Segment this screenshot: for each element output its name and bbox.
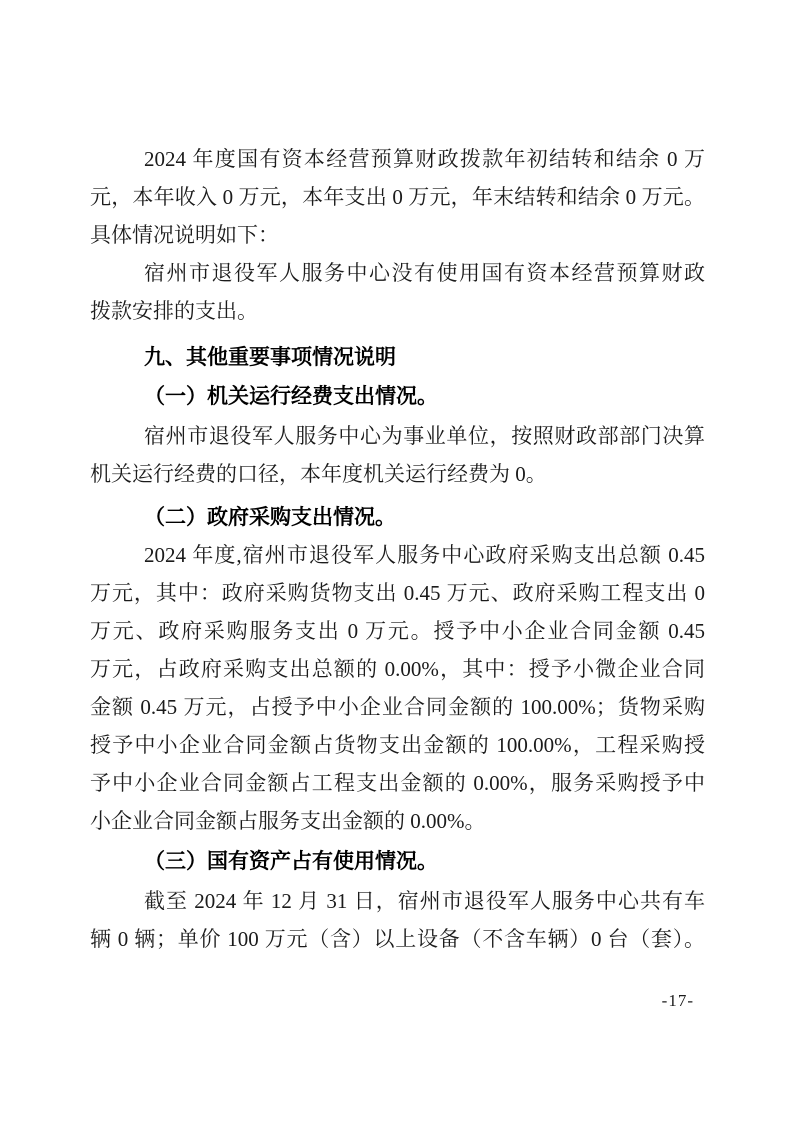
subsection-heading-3: （三）国有资产占有使用情况。 <box>90 842 705 880</box>
paragraph-line: 宿州市退役军人服务中心为事业单位，按照财政部部门决算 <box>90 417 705 455</box>
paragraph-line: 宿州市退役军人服务中心没有使用国有资本经营预算财政 <box>90 254 705 292</box>
paragraph-line: 拨款安排的支出。 <box>90 292 705 330</box>
subsection-heading-1: （一）机关运行经费支出情况。 <box>90 377 705 415</box>
paragraph-line: 具体情况说明如下： <box>90 216 705 254</box>
section-heading-9: 九、其他重要事项情况说明 <box>90 339 705 377</box>
paragraph-line: 机关运行经费的口径，本年度机关运行经费为 0。 <box>90 455 705 493</box>
paragraph-line: 予中小企业合同金额占工程支出金额的 0.00%，服务采购授予中 <box>90 764 705 802</box>
document-text-block: 2024 年度国有资本经营预算财政拨款年初结转和结余 0 万 元，本年收入 0 … <box>90 140 705 958</box>
paragraph-line: 2024 年度,宿州市退役军人服务中心政府采购支出总额 0.45 <box>90 536 705 574</box>
paragraph-line: 2024 年度国有资本经营预算财政拨款年初结转和结余 0 万 <box>90 140 705 178</box>
paragraph-line: 万元、政府采购服务支出 0 万元。授予中小企业合同金额 0.45 <box>90 612 705 650</box>
paragraph-line: 截至 2024 年 12 月 31 日，宿州市退役军人服务中心共有车 <box>90 882 705 920</box>
paragraph-line: 金额 0.45 万元，占授予中小企业合同金额的 100.00%；货物采购 <box>90 688 705 726</box>
paragraph-line: 辆 0 辆；单价 100 万元（含）以上设备（不含车辆）0 台（套）。 <box>90 920 705 958</box>
document-page: 2024 年度国有资本经营预算财政拨款年初结转和结余 0 万 元，本年收入 0 … <box>0 0 793 1122</box>
page-number: -17- <box>662 991 694 1011</box>
paragraph-line: 万元，占政府采购支出总额的 0.00%，其中：授予小微企业合同 <box>90 650 705 688</box>
paragraph-line: 授予中小企业合同金额占货物支出金额的 100.00%，工程采购授 <box>90 726 705 764</box>
paragraph-line: 小企业合同金额占服务支出金额的 0.00%。 <box>90 802 705 840</box>
paragraph-line: 元，本年收入 0 万元，本年支出 0 万元，年末结转和结余 0 万元。 <box>90 178 705 216</box>
subsection-heading-2: （二）政府采购支出情况。 <box>90 498 705 536</box>
paragraph-line: 万元，其中：政府采购货物支出 0.45 万元、政府采购工程支出 0 <box>90 574 705 612</box>
